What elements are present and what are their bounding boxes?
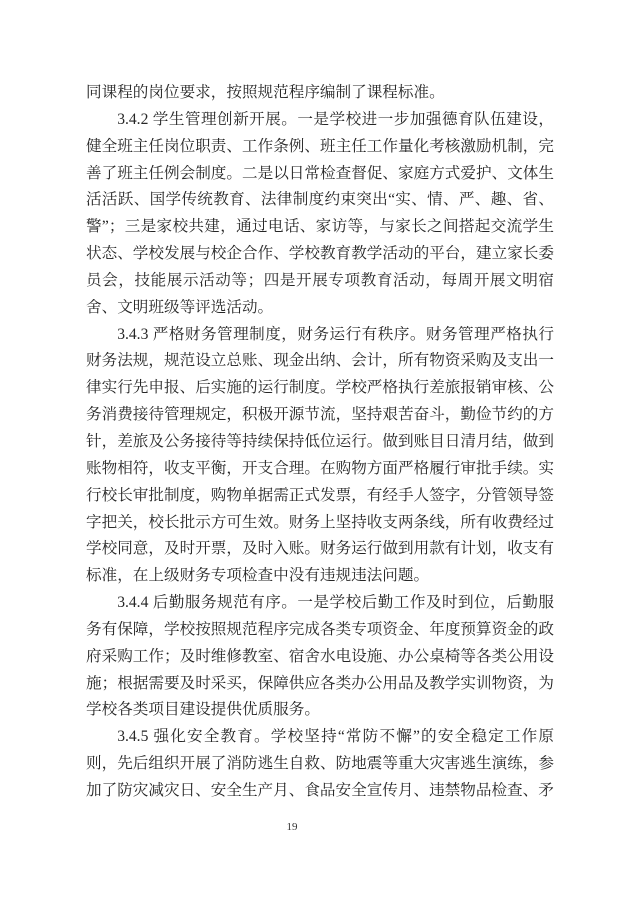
text-block: 同课程的岗位要求，按照规范程序编制了课程标准。 3.4.2 学生管理创新开展。一…: [86, 80, 554, 805]
paragraph-continuation: 同课程的岗位要求，按照规范程序编制了课程标准。: [86, 80, 554, 107]
paragraph-3-4-3: 3.4.3 严格财务管理制度，财务运行有秩序。财务管理严格执行财务法规，规范设立…: [86, 322, 554, 590]
page-number: 19: [0, 820, 584, 834]
document-page: 同课程的岗位要求，按照规范程序编制了课程标准。 3.4.2 学生管理创新开展。一…: [0, 0, 636, 900]
paragraph-3-4-5: 3.4.5 强化安全教育。学校坚持“常防不懈”的安全稳定工作原则，先后组织开展了…: [86, 724, 554, 805]
paragraph-3-4-2: 3.4.2 学生管理创新开展。一是学校进一步加强德育队伍建设，健全班主任岗位职责…: [86, 107, 554, 322]
paragraph-3-4-4: 3.4.4 后勤服务规范有序。一是学校后勤工作及时到位，后勤服务有保障，学校按照…: [86, 590, 554, 724]
